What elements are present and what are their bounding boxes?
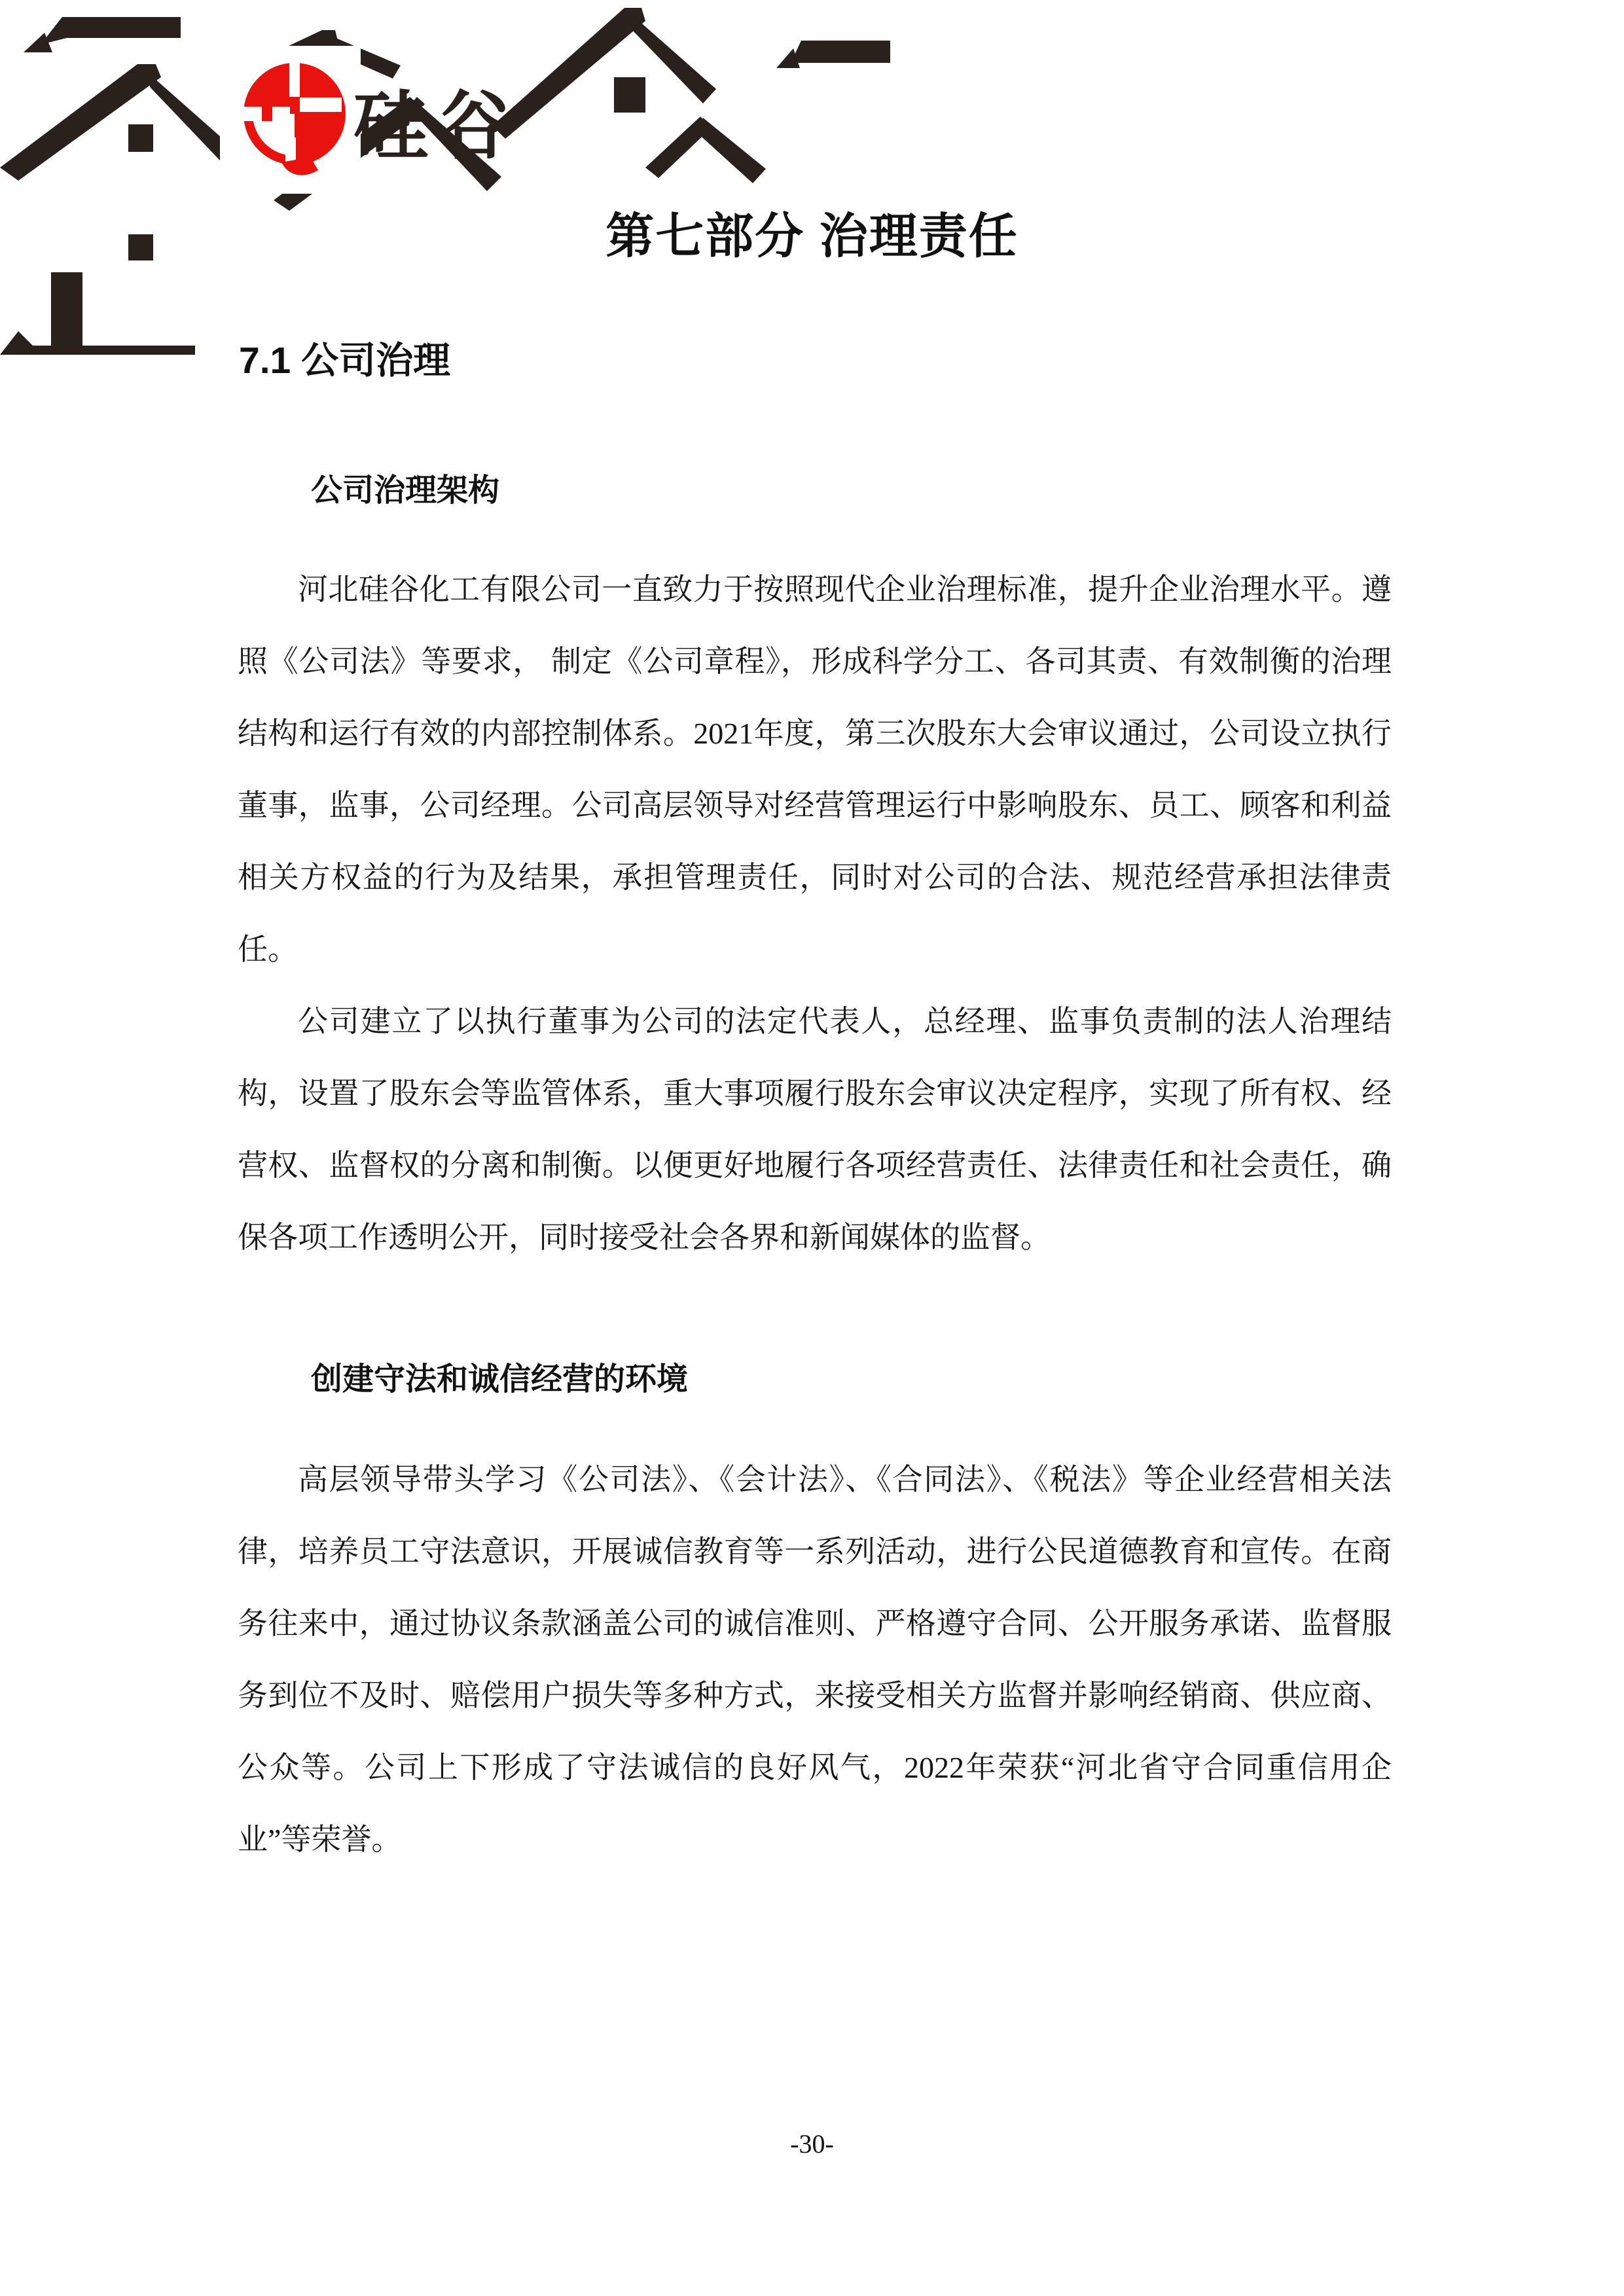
body-paragraph: 高层领导带头学习《公司法》、《会计法》、《合同法》、《税法》等企业经营相关法律，… [238, 1444, 1392, 1876]
subsection-heading-integrity-environment: 创建守法和诚信经营的环境 [311, 1361, 688, 1398]
section-title: 7.1 公司治理 [239, 338, 450, 384]
logo-brand-text: 硅谷 [353, 85, 521, 168]
body-paragraph: 河北硅谷化工有限公司一直致力于按照现代企业治理标准，提升企业治理水平。遵照《公司… [238, 554, 1392, 986]
document-page: 硅谷 第七部分 治理责任 7.1 公司治理 公司治理架构 河北硅谷化工有限公司一… [0, 0, 1624, 2296]
subsection-heading-governance-structure: 公司治理架构 [311, 473, 499, 509]
chapter-title: 第七部分 治理责任 [0, 200, 1624, 272]
mountain-roofs-icon [0, 8, 890, 355]
page-number: -30- [0, 2128, 1624, 2159]
body-paragraph: 公司建立了以执行董事为公司的法定代表人，总经理、监事负责制的法人治理结构，设置了… [238, 986, 1392, 1274]
company-logo: 硅谷 [0, 0, 916, 367]
